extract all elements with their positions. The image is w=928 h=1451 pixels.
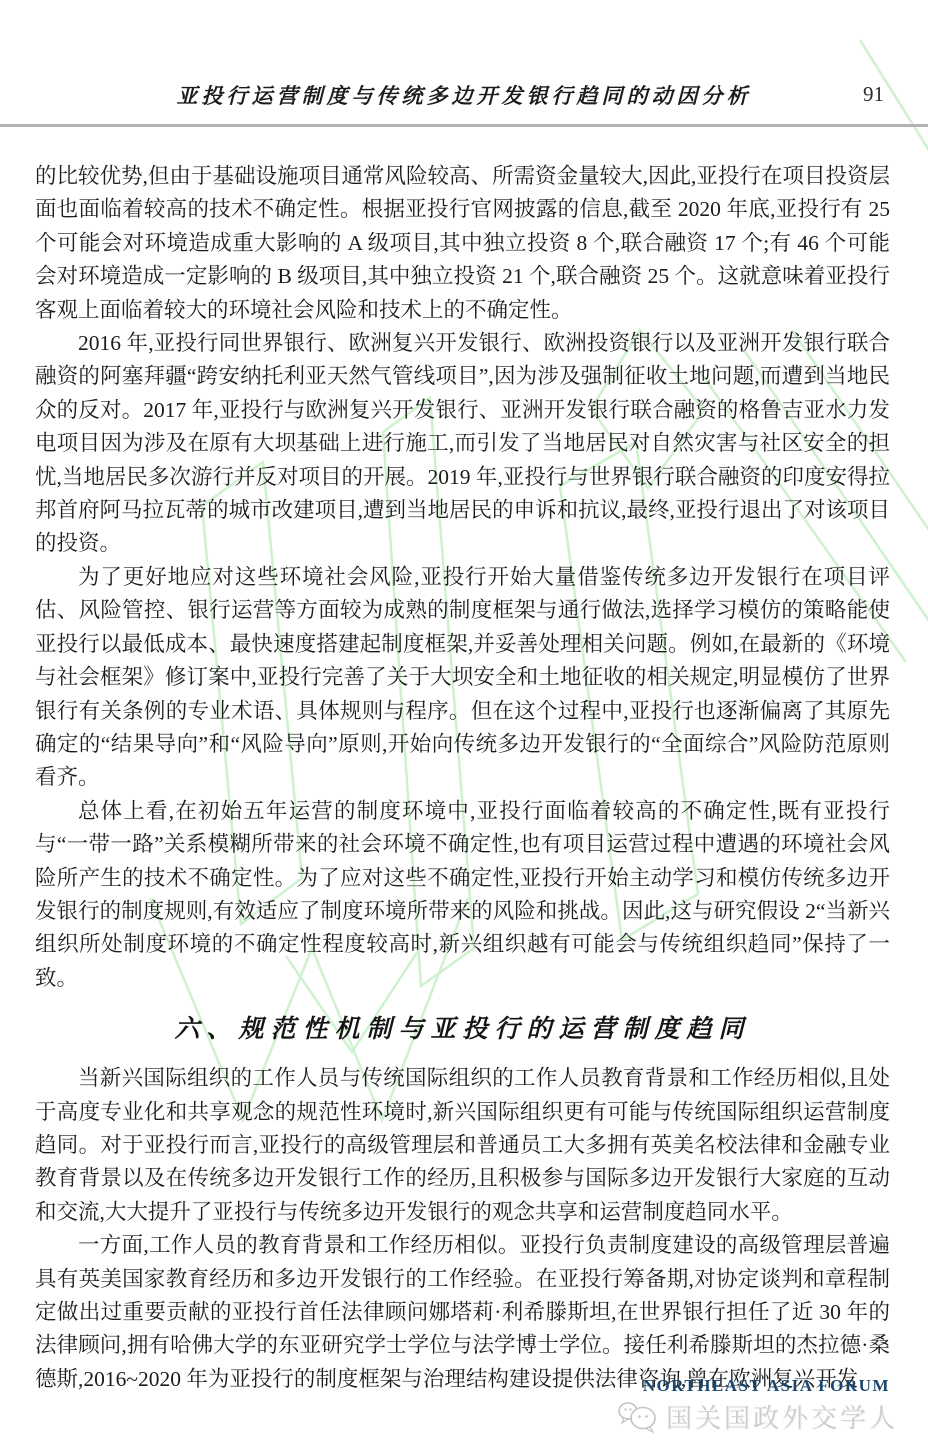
section-heading: 六、规范性机制与亚投行的运营制度趋同: [35, 1011, 890, 1049]
wechat-account-watermark: 国关国政外交学人: [616, 1398, 898, 1435]
journal-name: NORTHEAST ASIA FORUM: [643, 1376, 890, 1396]
running-title: 亚投行运营制度与传统多边开发银行趋同的动因分析: [0, 80, 928, 110]
page-number: 91: [863, 82, 884, 107]
paragraph: 2016 年,亚投行同世界银行、欧洲复兴开发银行、欧洲投资银行以及亚洲开发银行联…: [35, 327, 890, 561]
paragraph: 为了更好地应对这些环境社会风险,亚投行开始大量借鉴传统多边开发银行在项目评估、风…: [35, 561, 890, 795]
header-rule: [0, 124, 928, 127]
paragraph: 当新兴国际组织的工作人员与传统国际组织的工作人员教育背景和工作经历相似,且处于高…: [35, 1062, 890, 1229]
paragraph: 总体上看,在初始五年运营的制度环境中,亚投行面临着较高的不确定性,既有亚投行与“…: [35, 795, 890, 995]
wechat-account-name: 国关国政外交学人: [666, 1398, 898, 1435]
journal-page: 亚投行运营制度与传统多边开发银行趋同的动因分析 91 的比较优势,但由于基础设施…: [0, 0, 928, 1451]
paragraph-continuation: 的比较优势,但由于基础设施项目通常风险较高、所需资金量较大,因此,亚投行在项目投…: [35, 160, 890, 327]
paragraph: 一方面,工作人员的教育背景和工作经历相似。亚投行负责制度建设的高级管理层普遍具有…: [35, 1229, 890, 1396]
wechat-icon: [616, 1400, 660, 1434]
article-body: 的比较优势,但由于基础设施项目通常风险较高、所需资金量较大,因此,亚投行在项目投…: [35, 160, 890, 1396]
